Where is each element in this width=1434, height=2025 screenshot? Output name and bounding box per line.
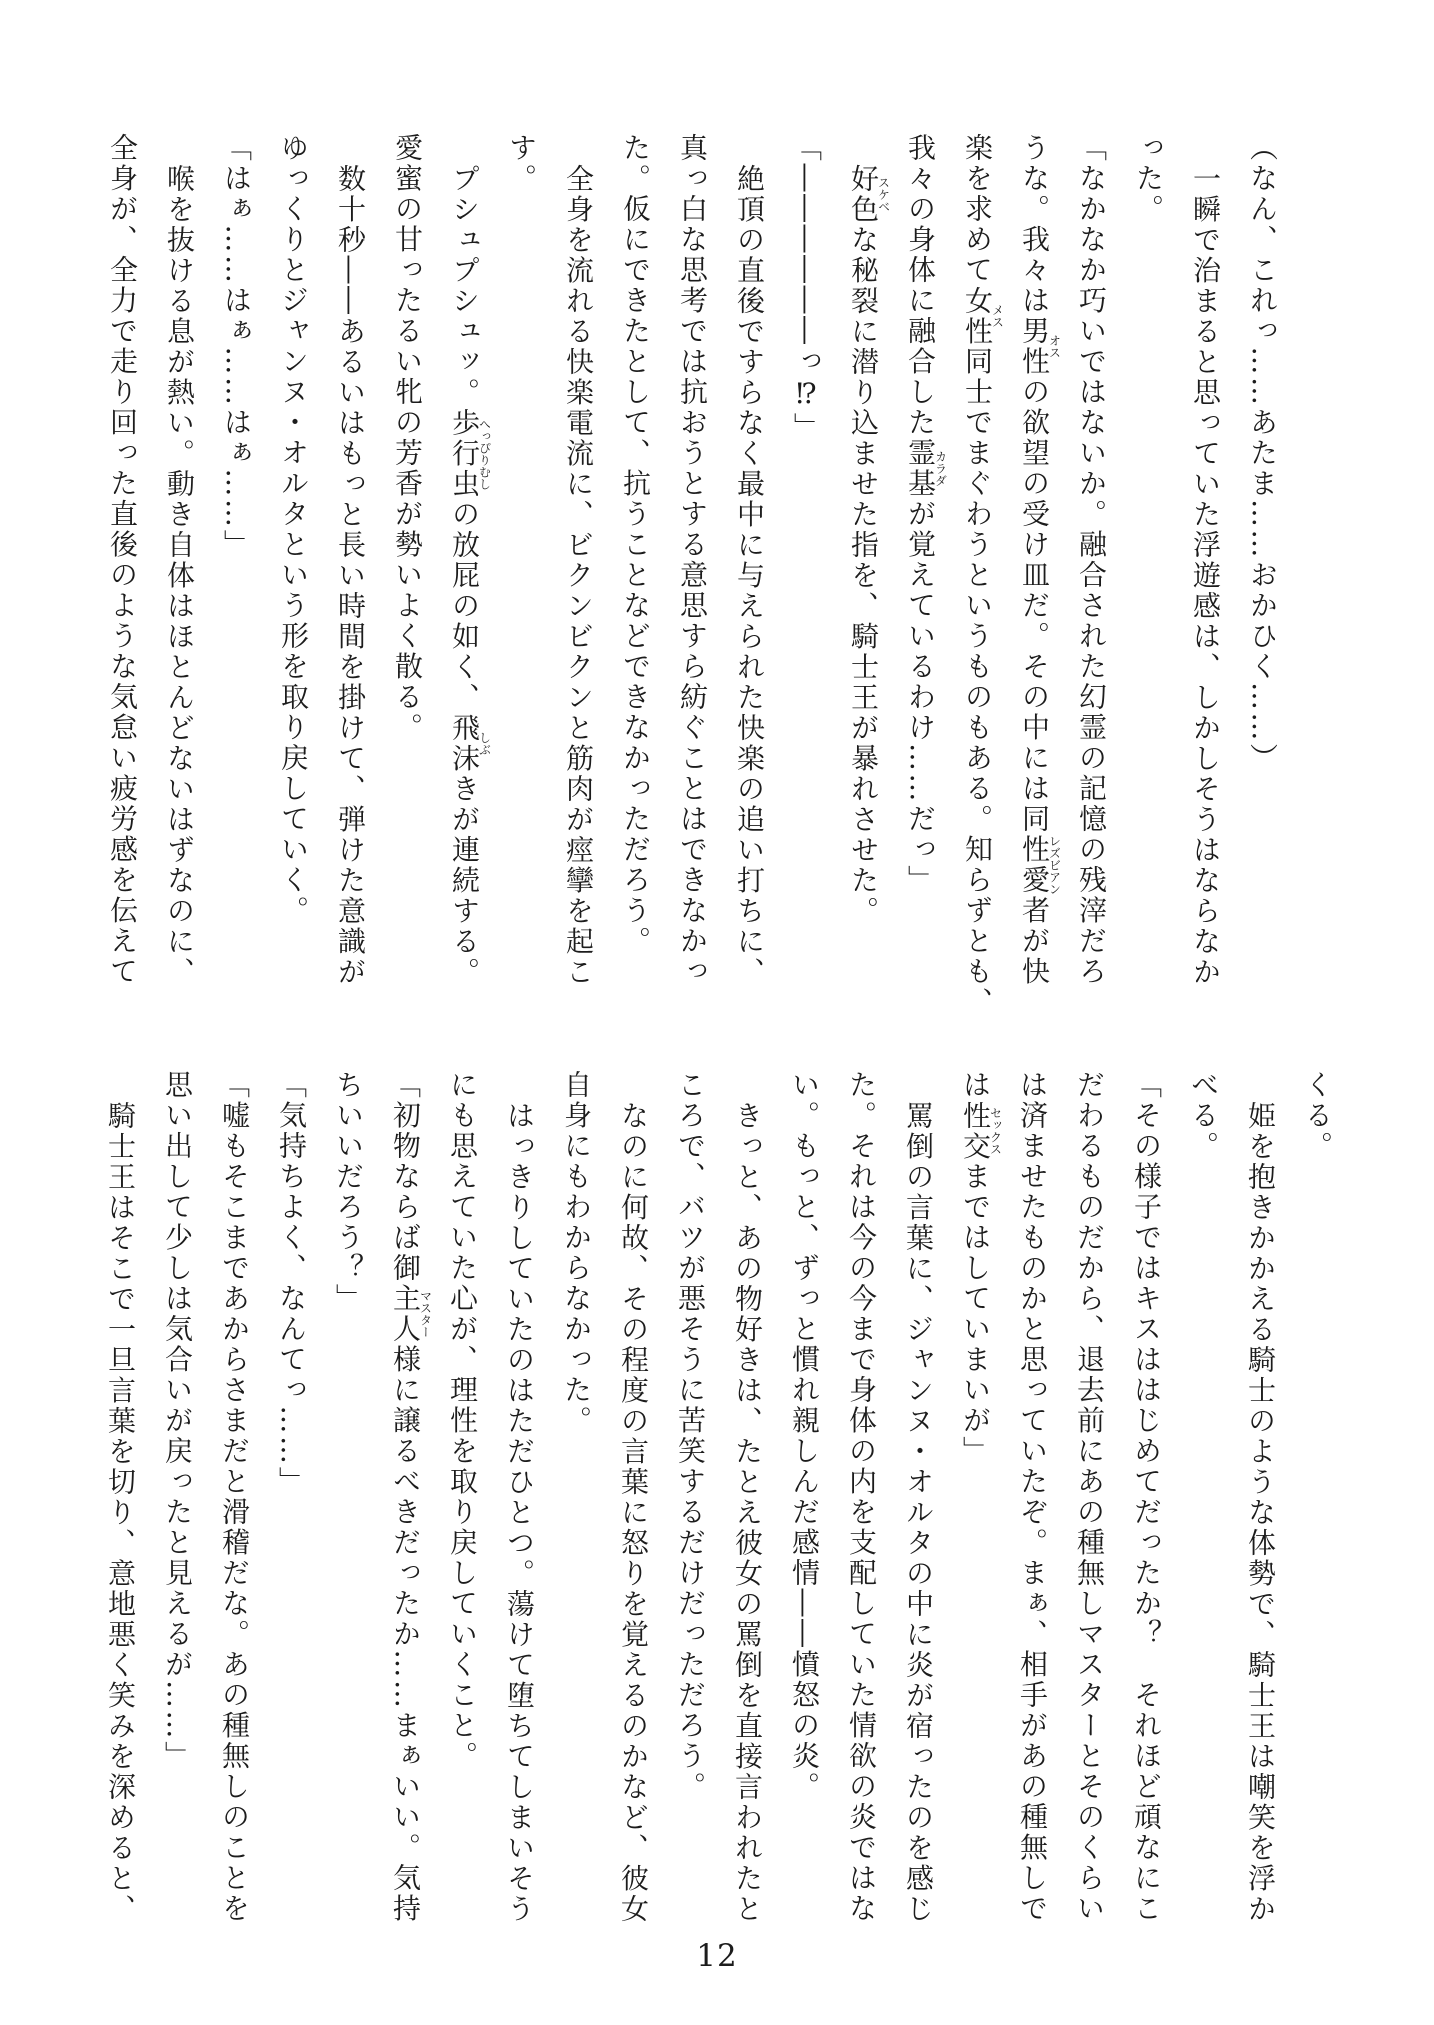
text-line: 全身が、全力で走り回った直後のような気怠い疲労感を伝えて [94, 133, 151, 1005]
ruby-annotated-word: 歩行虫へっぴりむし [448, 408, 481, 500]
text-line: 「気持ちよく、なんてっ……」 [263, 1070, 320, 1942]
ruby-annotated-word: 飛沫しぶ [448, 713, 481, 774]
text-line: べる。 [1175, 1070, 1232, 1942]
text-line: 絶頂の直後ですらなく最中に与えられた快楽の追い打ちに、 [721, 133, 778, 1005]
text-line: った。 [1120, 133, 1177, 1005]
text-line: 「なかなか巧いではないか。融合された幻霊の記憶の残滓だろ [1063, 133, 1120, 1005]
text-line: 姫を抱きかかえる騎士のような体勢で、騎士王は嘲笑を浮か [1232, 1070, 1289, 1942]
text-line: にも思えていた心が、理性を取り戻していくこと。 [434, 1070, 491, 1942]
text-line: は済ませたものかと思っていたぞ。まぁ、相手があの種無しで [1004, 1070, 1061, 1942]
text-line: 楽を求めて女性メス同士でまぐわうというものもある。知らずとも、 [949, 133, 1006, 1005]
top-text-block: （なん、これっ……あたま……おかひく……）一瞬で治まると思っていた浮遊感は、しか… [93, 133, 1291, 1005]
text-line: 愛蜜の甘ったるい牝の芳香が勢いよく散る。 [379, 133, 436, 1005]
text-line: 喉を抜ける息が熱い。動き自体はほとんどないはずなのに、 [151, 133, 208, 1005]
text-line: 好色スケベな秘裂に潜り込ませた指を、騎士王が暴れさせた。 [835, 133, 892, 1005]
book-page: （なん、これっ……あたま……おかひく……）一瞬で治まると思っていた浮遊感は、しか… [0, 0, 1434, 2025]
text-line: ころで、バツが悪そうに苦笑するだけだっただろう。 [662, 1070, 719, 1942]
text-line: （なん、これっ……あたま……おかひく……） [1234, 133, 1291, 1005]
text-line: 「その様子ではキスははじめてだったか？ それほど頑なにこ [1118, 1070, 1175, 1942]
text-line: は性交セックスまではしていまいが」 [947, 1070, 1004, 1942]
ruby-annotated-word: 同性愛者レズビアン [1018, 804, 1051, 926]
text-line: 一瞬で治まると思っていた浮遊感は、しかしそうはならなか [1177, 133, 1234, 1005]
text-line: 我々の身体に融合した霊基カラダが覚えているわけ……だっ」 [892, 133, 949, 1005]
ruby-annotated-word: 性交セックス [959, 1101, 992, 1162]
text-line: 全身を流れる快楽電流に、ビクンビクンと筋肉が痙攣を起こ [550, 133, 607, 1005]
text-line: 真っ白な思考では抗おうとする意思すら紡ぐことはできなかっ [664, 133, 721, 1005]
text-line: 騎士王はそこで一旦言葉を切り、意地悪く笑みを深めると、 [92, 1070, 149, 1942]
text-line: プシュプシュッ。歩行虫へっぴりむしの放屁の如く、飛沫しぶきが連続する。 [436, 133, 493, 1005]
ruby-annotated-word: 男性オス [1018, 316, 1051, 377]
ruby-annotated-word: 御主人様マスター [389, 1253, 422, 1375]
text-line: 思い出して少しは気合いが戻ったと見えるが……」 [149, 1070, 206, 1942]
text-line: なのに何故、その程度の言葉に怒りを覚えるのかなど、彼女 [605, 1070, 662, 1942]
text-line: はっきりしていたのはただひとつ。蕩けて堕ちてしまいそう [491, 1070, 548, 1942]
text-line: ちいいだろう？」 [320, 1070, 377, 1942]
text-line: い。もっと、ずっと慣れ親しんだ感情――憤怒の炎。 [776, 1070, 833, 1942]
text-line: 自身にもわからなかった。 [548, 1070, 605, 1942]
ruby-annotated-word: 女性メス [961, 286, 994, 347]
text-line: 罵倒の言葉に、ジャンヌ・オルタの中に炎が宿ったのを感じ [890, 1070, 947, 1942]
page-number: 12 [0, 1938, 1434, 1974]
text-line: す。 [493, 133, 550, 1005]
text-line: ゆっくりとジャンヌ・オルタという形を取り戻していく。 [265, 133, 322, 1005]
text-line: た。仮にできたとして、抗うことなどできなかっただろう。 [607, 133, 664, 1005]
text-line: きっと、あの物好きは、たとえ彼女の罵倒を直接言われたと [719, 1070, 776, 1942]
bottom-text-block: くる。姫を抱きかかえる騎士のような体勢で、騎士王は嘲笑を浮かべる。「その様子では… [91, 1070, 1346, 1942]
text-line: 数十秒――あるいはもっと長い時間を掛けて、弾けた意識が [322, 133, 379, 1005]
ruby-annotated-word: 好色スケベ [847, 164, 880, 225]
text-line: だわるものだから、退去前にあの種無しマスターとそのくらい [1061, 1070, 1118, 1942]
ruby-annotated-word: 霊基カラダ [904, 438, 937, 499]
text-line: た。それは今の今まで身体の内を支配していた情欲の炎ではな [833, 1070, 890, 1942]
text-line: 「――――――っ⁉」 [778, 133, 835, 1005]
text-line: 「初物ならば御主人様マスターに譲るべきだったか……まぁいい。気持 [377, 1070, 434, 1942]
text-line: うな。我々は男性オスの欲望の受け皿だ。その中には同性愛者レズビアンが快 [1006, 133, 1063, 1005]
text-line: 「嘘もそこまであからさまだと滑稽だな。あの種無しのことを [206, 1070, 263, 1942]
text-line: くる。 [1289, 1070, 1346, 1942]
text-line: 「はぁ……はぁ……はぁ……」 [208, 133, 265, 1005]
